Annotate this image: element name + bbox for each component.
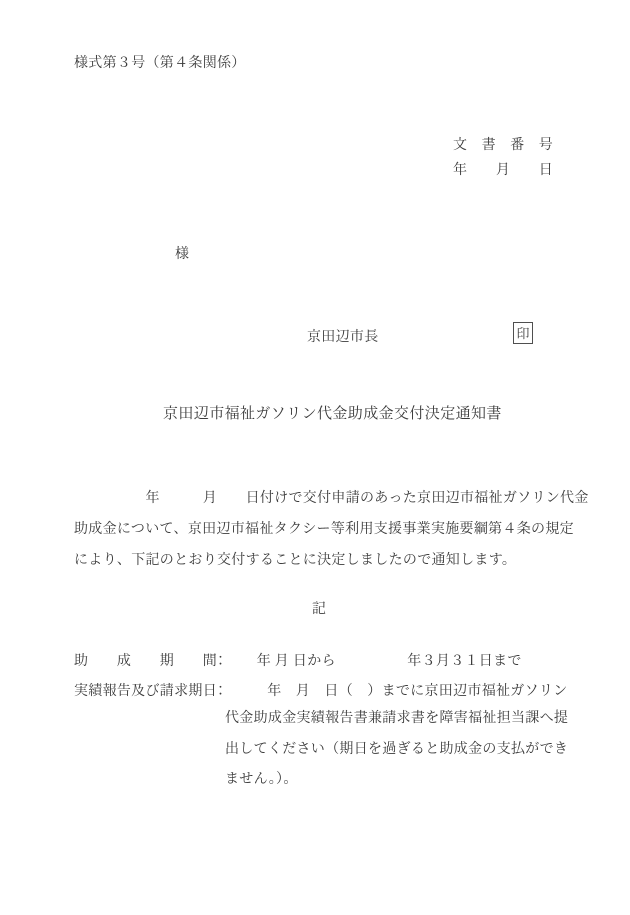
- sender-title: 京田辺市長: [307, 329, 379, 346]
- official-seal-placeholder: 印: [513, 322, 533, 344]
- note-marker: 記: [312, 601, 326, 618]
- report-deadline-line: 実績報告及び請求期日： 年 月 日（ ）までに京田辺市福祉ガソリン: [74, 683, 568, 700]
- issue-date-placeholder-line: 年 月 日: [453, 162, 553, 179]
- body-paragraph-line: により、下記のとおり交付することに決定しましたので通知します。: [74, 552, 516, 569]
- notice-document-page: 様式第３号（第４条関係） 文 書 番 号 年 月 日 様 京田辺市長 印 京田辺…: [0, 0, 630, 915]
- document-number-label: 文 書 番 号: [453, 137, 553, 154]
- deadline-detail-line: 出してください（期日を過ぎると助成金の支払ができ: [225, 741, 568, 758]
- body-paragraph-line: 助成金について、京田辺市福祉タクシー等利用支援事業実施要綱第４条の規定: [74, 521, 574, 538]
- subsidy-period-line: 助 成 期 間： 年 月 日から 年３月３１日まで: [74, 653, 522, 670]
- document-title: 京田辺市福祉ガソリン代金助成金交付決定通知書: [163, 406, 502, 423]
- deadline-detail-line: ません。）。: [225, 771, 298, 788]
- addressee-honorific: 様: [175, 246, 189, 263]
- body-paragraph-line: 年 月 日付けで交付申請のあった京田辺市福祉ガソリン代金: [74, 490, 589, 507]
- deadline-detail-line: 代金助成金実績報告書兼請求書を障害福祉担当課へ提: [225, 710, 568, 727]
- form-number-label: 様式第３号（第４条関係）: [74, 55, 246, 72]
